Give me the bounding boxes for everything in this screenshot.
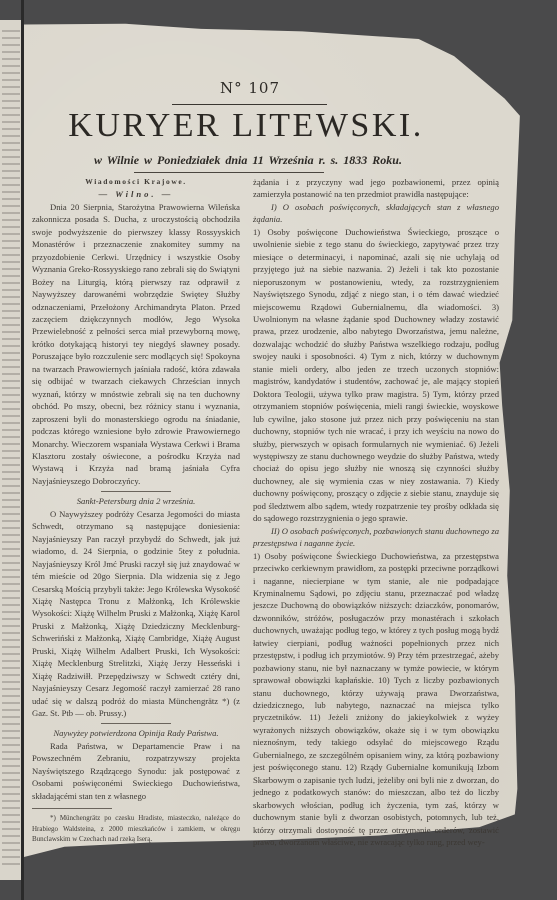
section-one-body: 1) Osoby poświęcone Duchowieństwa Świeck… (253, 226, 499, 525)
article-divider (101, 723, 171, 724)
issue-rule-divider (172, 104, 327, 105)
section-heading-domestic-news: Wiadomości Krajowe. (32, 176, 240, 188)
previous-page-strip (0, 20, 22, 880)
footnote: *) Münchengrätz po czesku Hradiste, mias… (32, 813, 240, 845)
right-column: żądania i z przyczyny wad jego pozbawion… (253, 176, 499, 848)
subheading-petersburg: Sankt-Petersburg dnia 2 września. (32, 495, 240, 507)
previous-page-text (2, 30, 20, 870)
issue-number: N° 107 (190, 79, 310, 97)
section-two-body: 1) Osoby poświęcone Świeckiego Duchowień… (253, 550, 499, 849)
dateline-rule-divider (134, 172, 324, 173)
article-continuation: żądania i z przyczyny wad jego pozbawion… (253, 176, 499, 201)
section-two-title: II) O osobach poświęconych, pozbawionych… (253, 526, 499, 548)
section-two-heading: II) O osobach poświęconych, pozbawionych… (253, 525, 499, 550)
dateline: w Wilnie w Poniedziałek dnia 11 Września… (48, 153, 448, 168)
article-state-council: Rada Państwa, w Departamencie Praw i na … (32, 740, 240, 802)
article-petersburg: O Naywyższey podróży Cesarza Jegomości d… (32, 508, 240, 720)
article-vilnius: Dnia 20 Sierpnia, Starożytna Prawowierna… (32, 201, 240, 487)
newspaper-title: KURYER LITEWSKI. (46, 106, 446, 146)
section-one-heading: I) O osobach poświęconych, składających … (253, 201, 499, 226)
binding-spine (21, 0, 24, 900)
left-column: Wiadomości Krajowe. — Wilno. — Dnia 20 S… (32, 176, 240, 845)
footnote-rule (32, 808, 112, 809)
city-heading-vilnius: — Wilno. — (32, 188, 240, 200)
subheading-state-council: Naywyżey potwierdzona Opinija Rady Państ… (32, 727, 240, 739)
article-divider (101, 491, 171, 492)
section-one-title: I) O osobach poświęconych, składających … (253, 202, 499, 224)
